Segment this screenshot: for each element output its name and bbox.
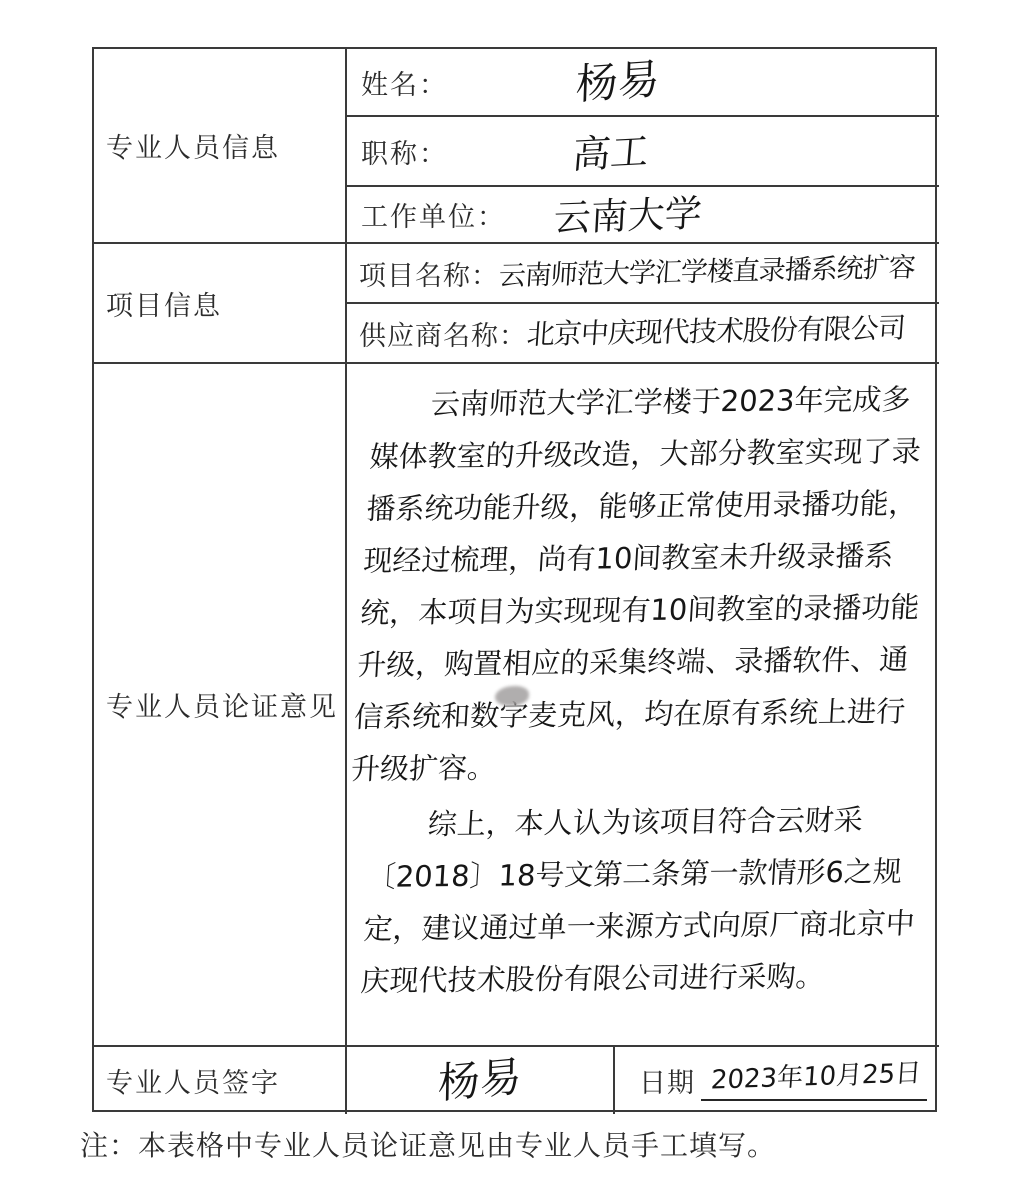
field-row-supplier-name: 供应商名称： 北京中庆现代技术股份有限公司 — [347, 304, 939, 364]
section-label-personnel: 专业人员信息 — [94, 49, 347, 244]
field-row-work-unit: 工作单位： 云南大学 — [347, 187, 939, 244]
opinion-handwritten-text: 云南师范大学汇学楼于2023年完成多媒体教室的升级改造，大部分教室实现了录播系统… — [344, 361, 943, 1007]
section-label-project: 项目信息 — [94, 244, 347, 364]
section-label-project-text: 项目信息 — [106, 284, 222, 323]
opinion-cell: 云南师范大学汇学楼于2023年完成多媒体教室的升级改造，大部分教室实现了录播系统… — [347, 364, 939, 1047]
field-row-name: 姓名： 杨易 — [347, 49, 939, 117]
supplier-name-label: 供应商名称： — [359, 314, 527, 353]
opinion-paragraph-1: 云南师范大学汇学楼于2023年完成多媒体教室的升级改造，大部分教室实现了录播系统… — [350, 373, 937, 795]
field-row-title: 职称： 高工 — [347, 117, 939, 187]
section-label-signature-text: 专业人员签字 — [106, 1061, 280, 1100]
scanned-form-page: 专业人员信息 项目信息 专业人员论证意见 专业人员签字 姓名： 杨易 职称： 高… — [0, 0, 1023, 1198]
name-label: 姓名： — [361, 63, 448, 102]
opinion-paragraph-2: 综上，本人认为该项目符合云财采〔2018〕18号文第二条第一款情形6之规定，建议… — [359, 793, 933, 1007]
title-label: 职称： — [361, 132, 448, 171]
work-unit-label: 工作单位： — [361, 195, 506, 234]
section-label-signature: 专业人员签字 — [94, 1047, 347, 1114]
supplier-name-handwritten-value: 北京中庆现代技术股份有限公司 — [526, 306, 907, 353]
section-label-opinion: 专业人员论证意见 — [94, 364, 347, 1047]
date-underline: 2023年10月25日 — [701, 1060, 927, 1101]
name-handwritten-value: 杨易 — [575, 46, 661, 112]
field-row-project-name: 项目名称： 云南师范大学汇学楼直录播系统扩容 — [347, 244, 939, 304]
project-name-handwritten-value: 云南师范大学汇学楼直录播系统扩容 — [498, 245, 917, 293]
date-cell: 日期 2023年10月25日 — [615, 1047, 939, 1114]
project-name-label: 项目名称： — [359, 254, 499, 293]
date-label: 日期 — [639, 1061, 695, 1100]
section-label-personnel-text: 专业人员信息 — [106, 126, 280, 165]
section-label-opinion-text: 专业人员论证意见 — [106, 685, 338, 724]
footer-note: 注：本表格中专业人员论证意见由专业人员手工填写。 — [80, 1124, 776, 1164]
date-handwritten-value: 2023年10月25日 — [700, 1052, 929, 1099]
signature-cell: 杨易 — [347, 1047, 615, 1114]
work-unit-handwritten-value: 云南大学 — [553, 182, 704, 241]
form-table: 专业人员信息 项目信息 专业人员论证意见 专业人员签字 姓名： 杨易 职称： 高… — [92, 47, 937, 1112]
title-handwritten-value: 高工 — [571, 119, 652, 178]
signature-handwritten: 杨易 — [437, 1043, 522, 1111]
